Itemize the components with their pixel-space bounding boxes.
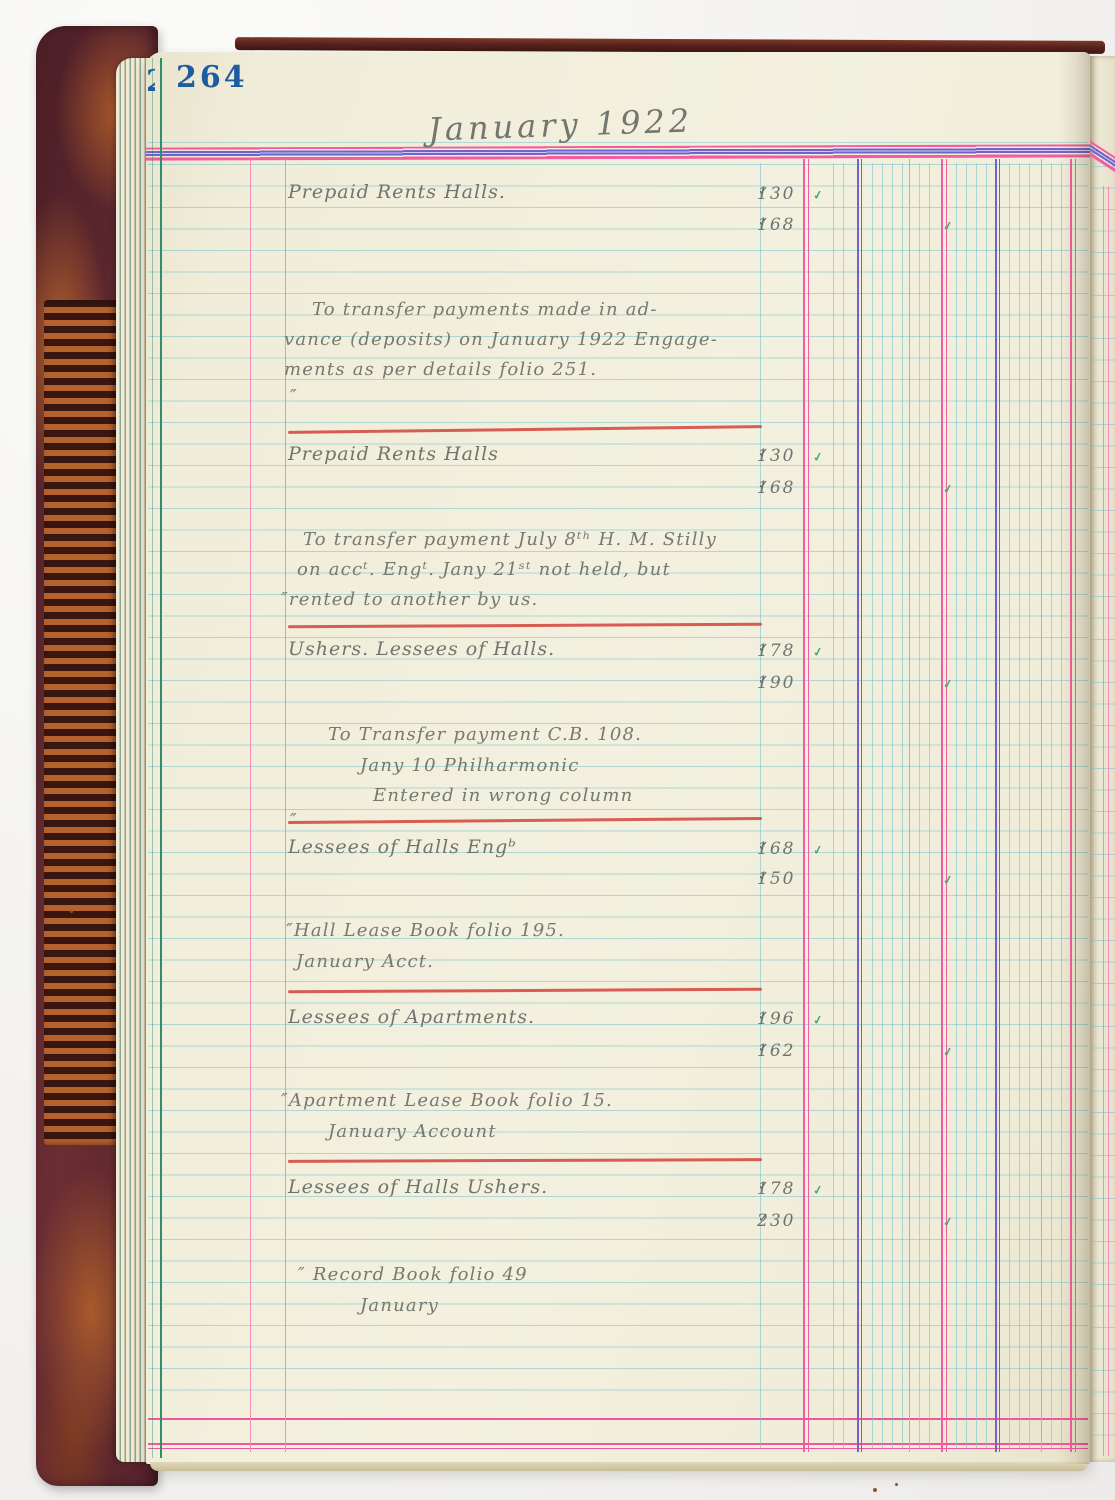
dust-speck — [873, 1488, 877, 1492]
entry-note-line: ″Apartment Lease Book folio 15. — [281, 1090, 613, 1111]
book-spine-ribbed-texture — [44, 300, 120, 1145]
ruled-line — [803, 159, 805, 1452]
ruled-line — [160, 58, 162, 1458]
ruled-line — [956, 163, 957, 1448]
ruled-line — [760, 163, 761, 1448]
ruled-line — [250, 159, 251, 1452]
posting-tick-icon: ✓ — [812, 1182, 824, 1198]
ruled-line — [1108, 186, 1109, 1456]
check-mark-icon: ✓ — [758, 673, 771, 688]
page-edges-stack — [116, 58, 150, 1462]
ruled-line — [882, 163, 883, 1448]
ruled-line — [892, 163, 893, 1448]
posting-tick-icon: ✓ — [942, 676, 954, 692]
ruled-line — [902, 163, 903, 1448]
ruled-line — [909, 159, 910, 1452]
entry-note-line: on accᵗ. Engᵗ. Jany 21ˢᵗ not held, but — [297, 559, 671, 580]
check-mark-icon: ✓ — [758, 869, 771, 884]
check-mark-icon: ✓ — [758, 1179, 771, 1194]
debit-account: Lessees of Halls Engᵇ — [288, 836, 517, 858]
ruled-line — [833, 163, 834, 1448]
ruled-line — [999, 159, 1000, 1452]
footer-rule — [148, 1443, 1088, 1445]
debit-account: Lessees of Halls Ushers. — [288, 1176, 548, 1198]
entry-note-line: To Transfer payment C.B. 108. — [328, 724, 642, 745]
ruled-line — [1051, 163, 1052, 1448]
ruled-line — [843, 163, 844, 1448]
posting-tick-icon: ✓ — [942, 1214, 954, 1230]
page-bottom-edge — [150, 1462, 1088, 1471]
ruled-line — [1029, 163, 1030, 1448]
entry-note-line: Jany 10 Philharmonic — [360, 755, 580, 776]
entry-note-line: ments as per details folio 251. — [284, 359, 597, 380]
ruled-line — [285, 159, 286, 1452]
entry-note-line: ″rented to another by us. — [281, 589, 538, 610]
posting-tick-icon: ✓ — [812, 842, 824, 858]
entry-note-line: To transfer payment July 8ᵗʰ H. M. Still… — [303, 529, 717, 550]
footer-rule — [148, 1448, 1088, 1449]
ruled-line — [148, 142, 1088, 143]
ruled-line — [1019, 163, 1020, 1448]
ruled-line — [929, 163, 930, 1448]
check-mark-icon: ✓ — [758, 1211, 771, 1226]
entry-note-line: vance (deposits) on January 1922 Engage- — [284, 329, 718, 350]
posting-tick-icon: ✓ — [942, 1044, 954, 1060]
ruled-line — [857, 159, 859, 1452]
posting-tick-icon: ✓ — [942, 481, 954, 497]
posting-tick-icon: ✓ — [812, 187, 824, 203]
ruled-line — [1041, 159, 1042, 1452]
ruled-line — [941, 159, 943, 1452]
footer-rule — [148, 1418, 1088, 1420]
posting-tick-icon: ✓ — [812, 1012, 824, 1028]
ruled-line — [1103, 186, 1104, 1456]
entry-note-line: ″Hall Lease Book folio 195. — [286, 920, 565, 941]
check-mark-icon: ✓ — [758, 478, 771, 493]
entry-note-line: Entered in wrong column — [373, 785, 633, 806]
ruled-line — [872, 163, 873, 1448]
facing-page-sliver — [1090, 56, 1115, 1462]
page-fold-shadow — [1058, 52, 1090, 1464]
check-mark-icon: ✓ — [758, 215, 771, 230]
ruled-line — [919, 163, 920, 1448]
entry-note-line: January Acct. — [296, 951, 434, 972]
ledger-book-photo: 264 2 January 1922 Prepaid Rents Halls.1… — [0, 0, 1115, 1500]
check-mark-icon: ✓ — [758, 641, 771, 656]
entry-note-line: ″ Record Book folio 49 — [298, 1264, 528, 1285]
check-mark-icon: ✓ — [758, 446, 771, 461]
page-number: 264 — [176, 60, 248, 95]
debit-account: Prepaid Rents Halls — [288, 443, 499, 465]
check-mark-icon: ✓ — [758, 1009, 771, 1024]
ruled-line — [995, 159, 997, 1452]
ruled-line — [1009, 163, 1010, 1448]
check-mark-icon: ✓ — [758, 839, 771, 854]
check-mark-icon: ✓ — [758, 1041, 771, 1056]
posting-tick-icon: ✓ — [812, 644, 824, 660]
underpage-page-number-partial: 2 — [146, 64, 155, 100]
ruled-line — [152, 58, 153, 1458]
posting-tick-icon: ✓ — [942, 872, 954, 888]
debit-account: Lessees of Apartments. — [288, 1006, 535, 1028]
posting-tick-icon: ✓ — [942, 218, 954, 234]
entry-note-line: January Account — [328, 1121, 497, 1142]
ruled-line — [986, 163, 987, 1448]
ruled-line — [966, 163, 967, 1448]
posting-tick-icon: ✓ — [812, 449, 824, 465]
entry-note-line: ″ — [290, 386, 298, 407]
entry-note-line: January — [360, 1295, 439, 1316]
ruled-line — [976, 163, 977, 1448]
debit-account: Prepaid Rents Halls. — [288, 181, 506, 203]
ruled-line — [861, 159, 862, 1452]
ruled-line — [946, 159, 947, 1452]
debit-account: Ushers. Lessees of Halls. — [288, 638, 555, 660]
ruled-line — [808, 159, 809, 1452]
check-mark-icon: ✓ — [758, 184, 771, 199]
entry-note-line: To transfer payments made in ad- — [312, 299, 658, 320]
entry-note-line: ″ — [290, 810, 298, 831]
dust-speck — [70, 910, 73, 913]
dust-speck — [895, 1483, 898, 1486]
